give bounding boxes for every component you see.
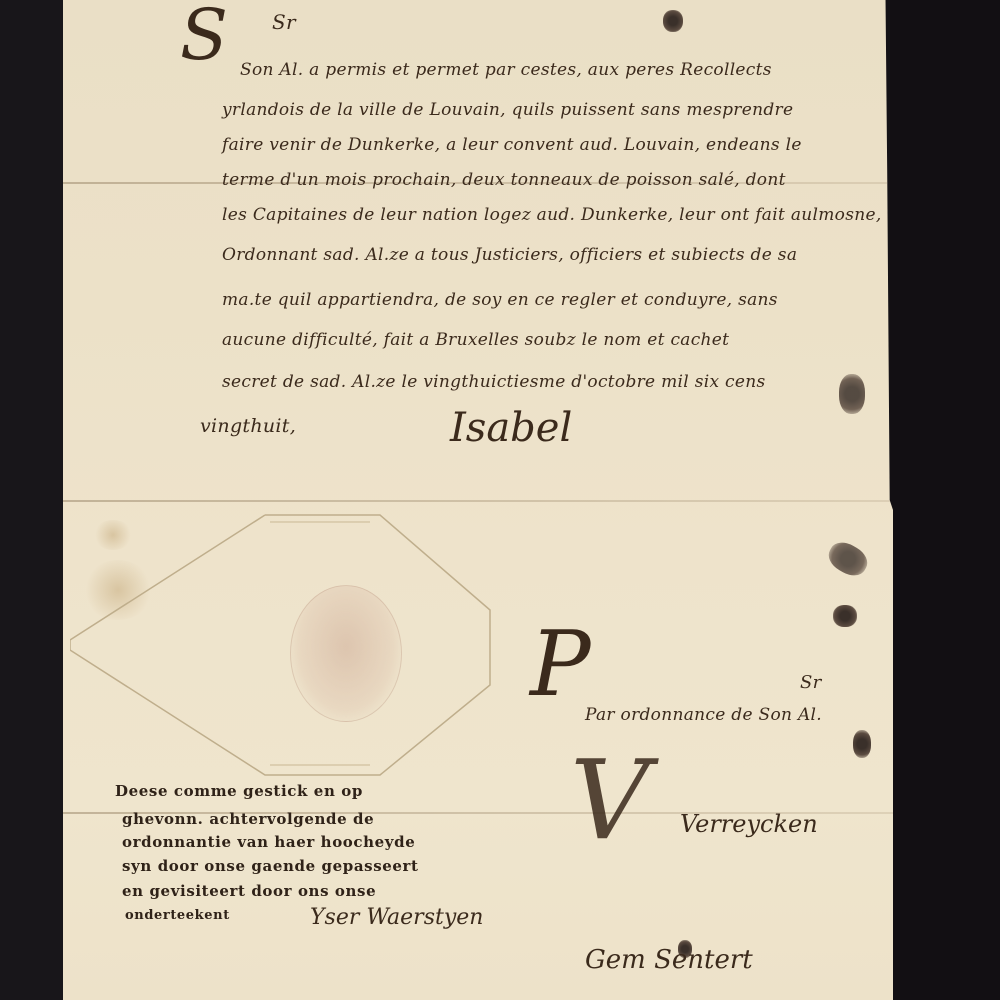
ink-blot — [853, 730, 871, 758]
signature-lower: Yser Waerstyen — [310, 905, 483, 930]
dutch-line-6: onderteekent — [125, 908, 230, 923]
text-line-1: Son Al. a permis et permet par cestes, a… — [240, 60, 772, 80]
dutch-line-1: Deese comme gestick en op — [115, 782, 363, 800]
ink-blot — [824, 537, 873, 581]
signature-secretary: Verreycken — [680, 810, 818, 838]
fold-crease — [63, 500, 893, 502]
text-line-4: terme d'un mois prochain, deux tonneaux … — [222, 170, 786, 190]
decorative-initial-v: V — [570, 745, 649, 855]
signature-isabel: Isabel — [450, 405, 572, 451]
ink-blot — [663, 10, 683, 32]
text-line-2: yrlandois de la ville de Louvain, quils … — [222, 100, 793, 120]
dutch-line-3: ordonnantie van haer hoocheyde — [122, 833, 415, 851]
ink-blot — [839, 374, 865, 414]
countersign-line: Par ordonnance de Son Al. — [585, 705, 822, 725]
text-line-10: vingthuit, — [200, 415, 296, 437]
seal-area — [70, 510, 500, 780]
dutch-line-5: en gevisiteert door ons onse — [122, 882, 376, 900]
dutch-line-4: syn door onse gaende gepasseert — [122, 857, 419, 875]
decorative-initial-s: S — [180, 0, 228, 70]
text-line-8: aucune difficulté, fait a Bruxelles soub… — [222, 330, 729, 350]
seal-paper-fold-outline — [70, 510, 500, 780]
dark-background-left — [0, 0, 64, 1000]
countersign-heading: Sr — [800, 672, 822, 693]
dark-background-right — [890, 0, 1000, 1000]
text-line-3: faire venir de Dunkerke, a leur convent … — [222, 135, 802, 155]
text-line-6: Ordonnant sad. Al.ze a tous Justiciers, … — [222, 245, 797, 265]
dutch-line-2: ghevonn. achtervolgende de — [122, 810, 374, 828]
decorative-initial-p: P — [530, 620, 591, 710]
signature-lower-right: Gem Sentert — [585, 945, 753, 975]
ink-blot — [833, 605, 857, 627]
seal-impression — [290, 585, 402, 722]
heading-mark: Sr — [272, 10, 296, 34]
text-line-5: les Capitaines de leur nation logez aud.… — [222, 205, 882, 225]
text-line-7: ma.te quil appartiendra, de soy en ce re… — [222, 290, 778, 310]
text-line-9: secret de sad. Al.ze le vingthuictiesme … — [222, 372, 766, 392]
